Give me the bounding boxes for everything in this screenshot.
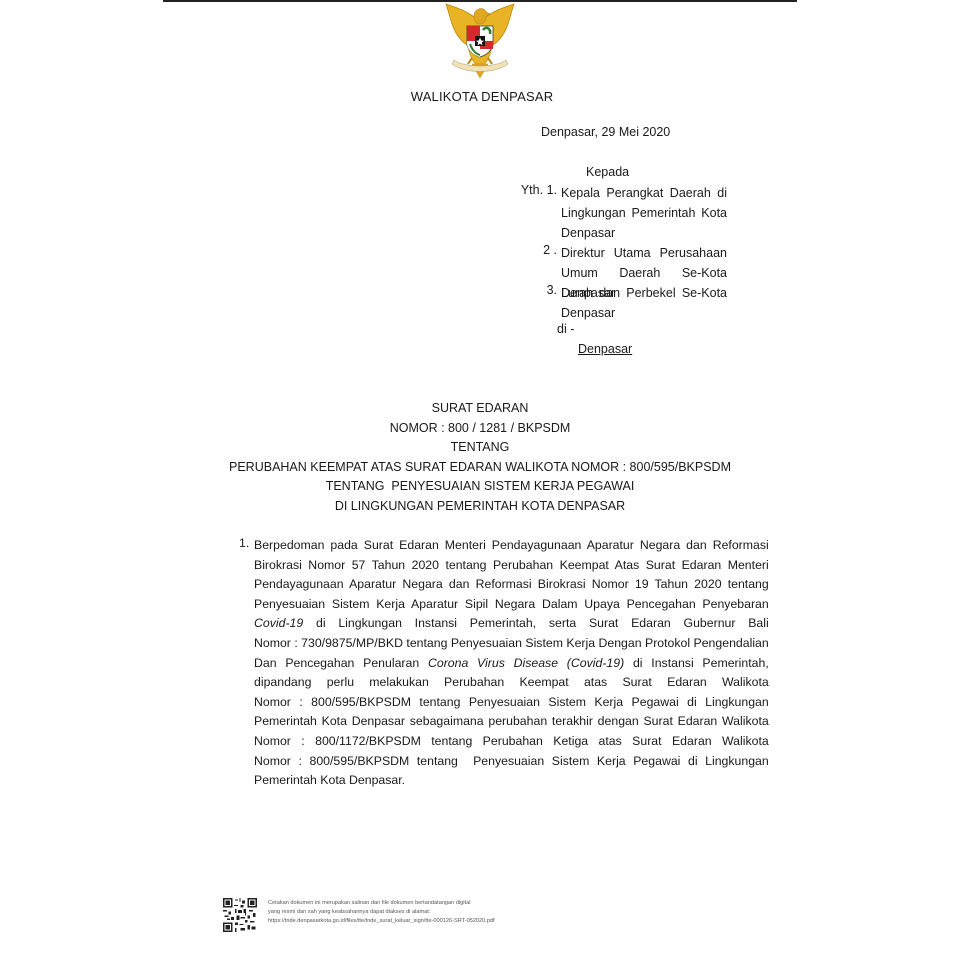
kepada-label: Kepada (586, 165, 629, 179)
title-subject: PERUBAHAN KEEMPAT ATAS SURAT EDARAN WALI… (0, 458, 960, 478)
paragraph-line: Covid-19 di Lingkungan Instansi Pemerint… (254, 614, 769, 634)
title-subject: TENTANG PENYESUAIAN SISTEM KERJA PEGAWAI (0, 477, 960, 497)
recipient-list: Yth. 1. Kepala Perangkat Daerah di Lingk… (515, 183, 727, 323)
title-line: SURAT EDARAN (0, 399, 960, 419)
recipient-line: Denpasar (561, 303, 727, 323)
italic-term: Covid-19 (254, 616, 303, 630)
verification-url: https://tnde.denpasarkota.go.id/files/tt… (268, 917, 495, 926)
paragraph-line: Pendayagunaan Aparatur Negara dan Reform… (254, 575, 769, 595)
item-number: 1. (239, 536, 254, 791)
recipient-item: 3. Lurah dan Perbekel Se-Kota Denpasar (515, 283, 727, 323)
recipient-line: Denpasar (561, 223, 727, 243)
body-item: 1. Berpedoman pada Surat Edaran Menteri … (239, 536, 726, 791)
place-date: Denpasar, 29 Mei 2020 (541, 125, 670, 139)
title-line: TENTANG (0, 438, 960, 458)
yth-label: Yth. (521, 183, 543, 197)
paragraph-line: Nomor : 800/595/BKPSDM tentang Penyesuai… (254, 752, 769, 772)
garuda-emblem-icon (440, 2, 520, 80)
paragraph-line: Birokrasi Nomor 57 Tahun 2020 tentang Pe… (254, 556, 769, 576)
recipient-line: Kepala Perangkat Daerah di (561, 183, 727, 203)
recipient-number: 3. (515, 283, 557, 323)
circular-title: SURAT EDARAN NOMOR : 800 / 1281 / BKPSDM… (0, 399, 960, 517)
recipient-item: Yth. 1. Kepala Perangkat Daerah di Lingk… (515, 183, 727, 243)
recipient-line: Direktur Utama Perusahaan (561, 243, 727, 263)
paragraph-line: Nomor : 800/595/BKPSDM tentang Penyesuai… (254, 693, 769, 713)
paragraph-line: Pemerintah Kota Denpasar. (254, 771, 769, 791)
recipient-line: Lingkungan Pemerintah Kota (561, 203, 727, 223)
recipient-line: Umum Daerah Se-Kota Denpasar (561, 263, 727, 283)
paragraph-line: Berpedoman pada Surat Edaran Menteri Pen… (254, 536, 769, 556)
paragraph-line: dipandang perlu melakukan Perubahan Keem… (254, 673, 769, 693)
paragraph-line: Nomor : 800/1172/BKPSDM tentang Perubaha… (254, 732, 769, 752)
issuer-title: WALIKOTA DENPASAR (0, 89, 960, 104)
paragraph-line: Penyesuaian Sistem Kerja Aparatur Sipil … (254, 595, 769, 615)
title-number: NOMOR : 800 / 1281 / BKPSDM (0, 419, 960, 439)
destination-place: Denpasar (578, 342, 632, 356)
italic-term: Corona Virus Disease (Covid-19) (428, 656, 624, 670)
note-line: Cetakan dokumen ini merupakan salinan da… (268, 899, 495, 908)
recipient-line: Lurah dan Perbekel Se-Kota (561, 283, 727, 303)
digital-signature-note: Cetakan dokumen ini merupakan salinan da… (268, 899, 495, 926)
paragraph-line: Pemerintah Kota Denpasar sebagaimana per… (254, 712, 769, 732)
recipient-item: 2 . Direktur Utama Perusahaan Umum Daera… (515, 243, 727, 283)
qr-code-icon (223, 898, 257, 932)
title-subject: DI LINGKUNGAN PEMERINTAH KOTA DENPASAR (0, 497, 960, 517)
note-line: yang resmi dan sah yang keabsahannya dap… (268, 908, 495, 917)
paragraph-line: Dan Pencegahan Penularan Corona Virus Di… (254, 654, 769, 674)
recipient-number: 2 . (515, 243, 557, 283)
body-content: 1. Berpedoman pada Surat Edaran Menteri … (239, 536, 726, 791)
paragraph-line: Nomor : 730/9875/MP/BKD tentang Penyesua… (254, 634, 769, 654)
di-label: di - (557, 322, 574, 336)
recipient-number: 1. (547, 183, 557, 197)
